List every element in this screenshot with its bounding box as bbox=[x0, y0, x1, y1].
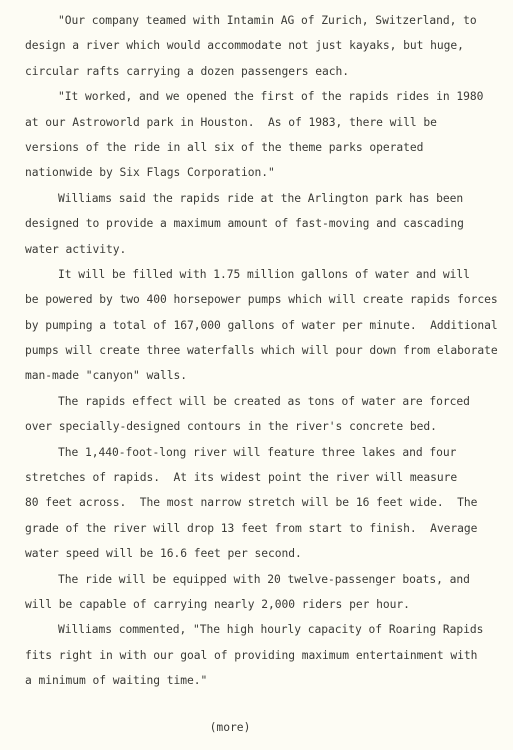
paragraph: It will be filled with 1.75 million gall… bbox=[25, 262, 505, 389]
text-line: circular rafts carrying a dozen passenge… bbox=[25, 59, 505, 84]
text-line: The ride will be equipped with 20 twelve… bbox=[25, 567, 505, 592]
text-line: pumps will create three waterfalls which… bbox=[25, 338, 505, 363]
text-line: The 1,440-foot-long river will feature t… bbox=[25, 440, 505, 465]
text-line: fits right in with our goal of providing… bbox=[25, 643, 505, 668]
text-line: a minimum of waiting time." bbox=[25, 668, 505, 693]
paragraph: The ride will be equipped with 20 twelve… bbox=[25, 567, 505, 618]
text-line: "It worked, and we opened the first of t… bbox=[25, 84, 505, 109]
text-line: 80 feet across. The most narrow stretch … bbox=[25, 490, 505, 515]
text-line: It will be filled with 1.75 million gall… bbox=[25, 262, 505, 287]
text-line: be powered by two 400 horsepower pumps w… bbox=[25, 287, 505, 312]
text-line: water speed will be 16.6 feet per second… bbox=[25, 541, 505, 566]
text-line: The rapids effect will be created as ton… bbox=[25, 389, 505, 414]
text-line: will be capable of carrying nearly 2,000… bbox=[25, 592, 505, 617]
text-line: design a river which would accommodate n… bbox=[25, 33, 505, 58]
paragraph: "It worked, and we opened the first of t… bbox=[25, 84, 505, 186]
body-text: "Our company teamed with Intamin AG of Z… bbox=[25, 8, 505, 694]
text-line: designed to provide a maximum amount of … bbox=[25, 211, 505, 236]
text-line: at our Astroworld park in Houston. As of… bbox=[25, 110, 505, 135]
text-line: over specially-designed contours in the … bbox=[25, 414, 505, 439]
text-line: Williams commented, "The high hourly cap… bbox=[25, 617, 505, 642]
document-page: "Our company teamed with Intamin AG of Z… bbox=[0, 0, 513, 750]
text-line: by pumping a total of 167,000 gallons of… bbox=[25, 313, 505, 338]
paragraph: The 1,440-foot-long river will feature t… bbox=[25, 440, 505, 567]
text-line: grade of the river will drop 13 feet fro… bbox=[25, 516, 505, 541]
text-line: nationwide by Six Flags Corporation." bbox=[25, 160, 505, 185]
text-line: man-made "canyon" walls. bbox=[25, 363, 505, 388]
paragraph: The rapids effect will be created as ton… bbox=[25, 389, 505, 440]
continuation-marker: (more) bbox=[0, 718, 460, 738]
text-line: versions of the ride in all six of the t… bbox=[25, 135, 505, 160]
text-line: stretches of rapids. At its widest point… bbox=[25, 465, 505, 490]
text-line: "Our company teamed with Intamin AG of Z… bbox=[25, 8, 505, 33]
paragraph: Williams said the rapids ride at the Arl… bbox=[25, 186, 505, 262]
text-line: Williams said the rapids ride at the Arl… bbox=[25, 186, 505, 211]
text-line: water activity. bbox=[25, 237, 505, 262]
paragraph: Williams commented, "The high hourly cap… bbox=[25, 617, 505, 693]
paragraph: "Our company teamed with Intamin AG of Z… bbox=[25, 8, 505, 84]
